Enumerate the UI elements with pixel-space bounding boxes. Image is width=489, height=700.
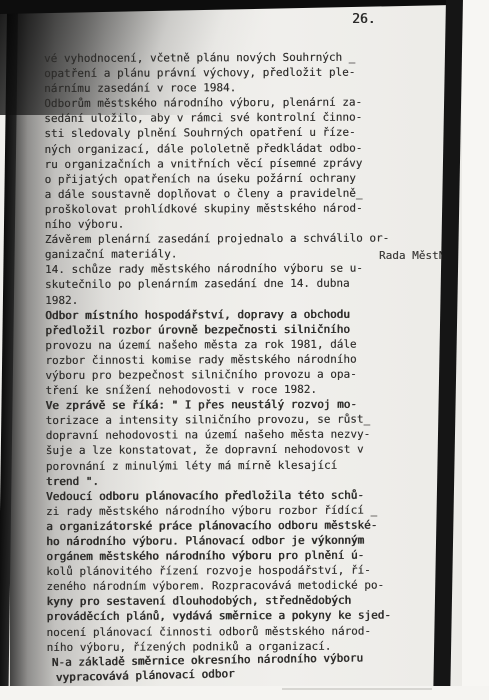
typewritten-line: 1982. — [45, 291, 405, 308]
typewritten-line: výboru pro bezpečnost silničního provozu… — [45, 366, 405, 383]
typewritten-line: sti sledovaly plnění Souhrných opatření … — [44, 125, 404, 142]
bottom-edge-line — [282, 688, 432, 690]
typewritten-line: vé vyhodnocení, včetně plánu nových Souh… — [44, 49, 404, 66]
typewritten-line: Závěrem plenární zasedání projednalo a s… — [45, 231, 405, 248]
typewritten-line: a dále soustavně doplňovat o členy a pra… — [45, 185, 405, 202]
typewritten-line: a organizátorské práce plánovacího odbor… — [46, 517, 406, 534]
typewritten-line: trend ". — [46, 472, 406, 489]
typewritten-line: opatření a plánu právní výchovy, předlož… — [44, 65, 404, 82]
scanned-document: 26. vé vyhodnocení, včetně plánu nových … — [0, 0, 489, 700]
text-block: vé vyhodnocení, včetně plánu nových Souh… — [44, 49, 407, 685]
typewritten-line: zi rady městského národního výboru rozbo… — [46, 502, 406, 519]
typewritten-line: ganizační materiály. — [45, 246, 405, 263]
typewritten-line: dopravní nehodovosti na území našeho měs… — [46, 427, 406, 444]
typewritten-line: skutečnilo po plenárním zasedání dne 14.… — [45, 276, 405, 293]
typewritten-line: tření ke snížení nehodovosti v roce 1982… — [45, 381, 405, 398]
typewritten-line: zeného národním výborem. Rozpracovává me… — [46, 578, 406, 595]
page-number: 26. — [352, 12, 375, 27]
typewritten-line: nárnímu zasedání v roce 1984. — [44, 80, 404, 97]
typewritten-line: rozbor činnosti komise rady městského ná… — [45, 351, 405, 368]
typewritten-line: 14. schůze rady městského národního výbo… — [45, 261, 405, 278]
typewritten-line: Vedoucí odboru plánovacího předložila té… — [46, 487, 406, 504]
typewritten-line: kolů plánovitého řízení rozvoje hospodář… — [46, 563, 406, 580]
typewritten-line: provozu na území našeho města za rok 198… — [45, 336, 405, 353]
typewritten-line: ho národního výboru. Plánovací odbor je … — [46, 532, 406, 549]
typewritten-line: nocení plánovací činnosti odborů městské… — [47, 623, 407, 640]
typewritten-line: ru organizačních a vnitřních věcí písemn… — [44, 155, 404, 172]
typewritten-line: ných organizací, dále pololetně předklád… — [44, 140, 404, 157]
typewritten-line: orgánem městského národního výboru pro p… — [46, 548, 406, 565]
typewritten-line: šuje a lze konstatovat, že dopravní neho… — [46, 442, 406, 459]
typewritten-line: o přijatých opatřeních na úseku požární … — [45, 170, 405, 187]
typewritten-line: ního výboru. — [45, 215, 405, 232]
typewritten-line: Ve zprávě se říká: " I přes neustálý roz… — [46, 397, 406, 414]
right-page-margin — [462, 0, 489, 700]
typewritten-line: prováděcích plánů, vydává směrnice a pok… — [46, 608, 406, 625]
typewritten-line: sedání uložilo, aby v rámci své kontroln… — [44, 110, 404, 127]
typewritten-line: Odbor místního hospodářství, dopravy a o… — [45, 306, 405, 323]
typewritten-line: porovnání z minulými léty má mírně klesa… — [46, 457, 406, 474]
typewritten-line: kyny pro sestavení dlouhodobých, středně… — [46, 593, 406, 610]
typewritten-line: torizace a intensity silničního provozu,… — [46, 412, 406, 429]
typewritten-line: předložil rozbor úrovně bezpečnosti siln… — [45, 321, 405, 338]
typewritten-line: Odborům městského národního výboru, plen… — [44, 95, 404, 112]
typewritten-line: proškolovat prohlídkové skupiny městskéh… — [45, 200, 405, 217]
